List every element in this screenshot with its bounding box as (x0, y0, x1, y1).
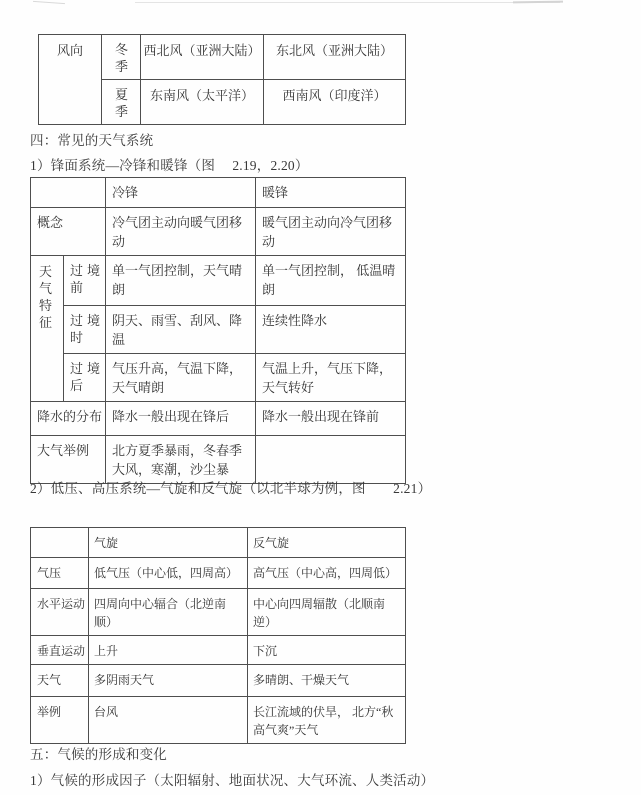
weather-anticyclone-cell: 多晴朗、干燥天气 (248, 665, 406, 697)
precip-row-label: 降水的分布 (31, 402, 106, 436)
weather-feature-label: 天 气 特 征 (31, 256, 64, 402)
cold-front-header: 冷锋 (106, 178, 256, 208)
document-page: 风向 冬 季 西北风（亚洲大陆） 东北风（亚洲大陆） 夏 季 东南风（太平洋） … (0, 0, 641, 795)
front-system-subheading: 1）锋面系统—冷锋和暖锋（图 2.19，2.20） (30, 157, 309, 175)
anticyclone-header: 反气旋 (248, 528, 406, 558)
summer-season-label: 夏 季 (102, 80, 141, 125)
case-cyclone-cell: 台风 (89, 697, 248, 744)
after-passage-label: 过境 后 (64, 354, 106, 402)
cyclone-comparison-table: 气旋 反气旋 气压 低气压（中心低，四周高） 高气压（中心高，四周低） 水平运动… (30, 527, 406, 744)
wind-row-label: 风向 (39, 35, 102, 125)
after-passage-cold: 气压升高，气温下降，天气晴朗 (106, 354, 256, 402)
vertical-motion-label: 垂直运动 (31, 636, 89, 665)
example-warm-cell (256, 436, 406, 484)
after-passage-warm: 气温上升，气压下降，天气转好 (256, 354, 406, 402)
vertical-cyclone-cell: 上升 (89, 636, 248, 665)
scan-artifact (33, 1, 65, 4)
horizontal-anticyclone-cell: 中心向四周辐散（北顺南逆） (248, 589, 406, 636)
case-row-label: 举例 (31, 697, 89, 744)
case-anticyclone-cell: 长江流域的伏旱， 北方“秋高气爽”天气 (248, 697, 406, 744)
vertical-anticyclone-cell: 下沉 (248, 636, 406, 665)
front-corner-cell (31, 178, 106, 208)
before-passage-cold: 单一气团控制，天气晴朗 (106, 256, 256, 306)
pressure-anticyclone-cell: 高气压（中心高，四周低） (248, 558, 406, 589)
winter-season-label: 冬 季 (102, 35, 141, 80)
climate-factors-subheading: 1）气候的形成因子（太阳辐射、地面状况、大气环流、人类活动） (30, 772, 434, 790)
horizontal-motion-label: 水平运动 (31, 589, 89, 636)
summer-wind-indian: 西南风（印度洋） (264, 80, 406, 125)
concept-cold-cell: 冷气团主动向暖气团移动 (106, 208, 256, 256)
summer-wind-pacific: 东南风（太平洋） (141, 80, 264, 125)
cyclone-corner-cell (31, 528, 89, 558)
concept-warm-cell: 暖气团主动向冷气团移动 (256, 208, 406, 256)
before-passage-warm: 单一气团控制， 低温晴朗 (256, 256, 406, 306)
before-passage-label: 过境 前 (64, 256, 106, 306)
example-cold-cell: 北方夏季暴雨，冬春季大风，寒潮，沙尘暴 (106, 436, 256, 484)
precip-warm-cell: 降水一般出现在锋前 (256, 402, 406, 436)
scan-artifact (513, 1, 563, 4)
section5-heading: 五：气候的形成和变化 (30, 746, 167, 764)
pressure-system-subheading: 2）低压、高压系统—气旋和反气旋（以北半球为例，图 2.21） (30, 480, 431, 498)
horizontal-cyclone-cell: 四周向中心辐合（北逆南顺） (89, 589, 248, 636)
winter-wind-mainland: 西北风（亚洲大陆） (141, 35, 264, 80)
pressure-row-label: 气压 (31, 558, 89, 589)
section4-heading: 四：常见的天气系统 (30, 132, 153, 150)
monsoon-wind-table: 风向 冬 季 西北风（亚洲大陆） 东北风（亚洲大陆） 夏 季 东南风（太平洋） … (38, 34, 406, 125)
weather-cyclone-cell: 多阴雨天气 (89, 665, 248, 697)
cyclone-header: 气旋 (89, 528, 248, 558)
scan-artifact (135, 2, 560, 3)
during-passage-cold: 阴天、雨雪、刮风、降温 (106, 306, 256, 354)
warm-front-header: 暖锋 (256, 178, 406, 208)
during-passage-label: 过境 时 (64, 306, 106, 354)
winter-wind-secondary: 东北风（亚洲大陆） (264, 35, 406, 80)
weather-row-label: 天气 (31, 665, 89, 697)
concept-row-label: 概念 (31, 208, 106, 256)
during-passage-warm: 连续性降水 (256, 306, 406, 354)
pressure-cyclone-cell: 低气压（中心低，四周高） (89, 558, 248, 589)
precip-cold-cell: 降水一般出现在锋后 (106, 402, 256, 436)
example-row-label: 大气举例 (31, 436, 106, 484)
front-comparison-table: 冷锋 暖锋 概念 冷气团主动向暖气团移动 暖气团主动向冷气团移动 天 气 特 征… (30, 177, 406, 484)
